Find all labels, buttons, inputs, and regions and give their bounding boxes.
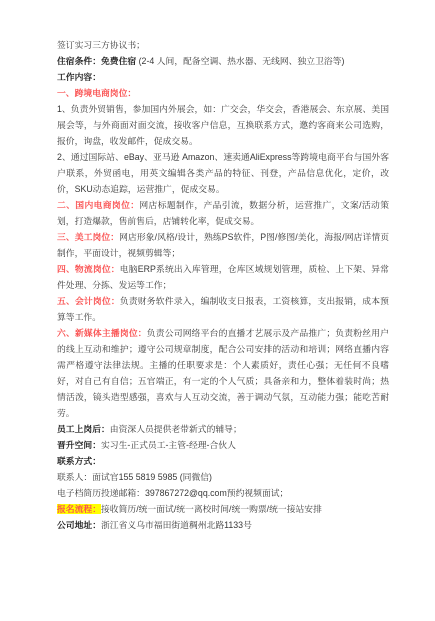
section-4-heading: 四、物流岗位： <box>57 264 120 274</box>
section-6-paragraph: 六、新媒体主播岗位：负责公司网络平台的直播才艺展示及产品推广；负责粉丝用户的线上… <box>57 325 389 421</box>
promotion-label: 晋升空间： <box>57 440 101 450</box>
signup-line: 报名流程：接收简历/统一面试/统一离校时间/统一购票/统一接站安排 <box>57 501 389 517</box>
onboarding-line: 员工上岗后：由资深人员提供老带新式的辅导； <box>57 421 389 437</box>
document-page: 签订实习三方协议书； 住宿条件：免费住宿 (2-4 人间，配备空调、热水器、无线… <box>0 0 435 621</box>
signup-label: 报名流程： <box>57 504 101 514</box>
contact-person-line: 联系人：面试官155 5819 5985 (同微信) <box>57 469 389 485</box>
address-body: 浙江省义乌市福田街道稠州北路1133号 <box>101 520 252 530</box>
housing-line: 住宿条件：免费住宿 (2-4 人间，配备空调、热水器、无线网、独立卫浴等) <box>57 53 389 69</box>
section-1-heading: 一、跨境电商岗位： <box>57 85 389 101</box>
section-3-paragraph: 三、美工岗位：网店形象/风格/设计，熟练PS软件，P图/修图/美化，海报/网店详… <box>57 229 389 261</box>
onboarding-label: 员工上岗后： <box>57 424 110 434</box>
promotion-body: 实习生-正式员工-主管-经理-合伙人 <box>101 440 236 450</box>
contact-header: 联系方式： <box>57 453 389 469</box>
section-5-paragraph: 五、会计岗位：负责财务软件录入，编制收支日报表，工资核算，支出报销，成本预算等工… <box>57 293 389 325</box>
work-content-header: 工作内容： <box>57 69 389 85</box>
email-line: 电子档简历投递邮箱：397867272@qq.com预约视频面试； <box>57 485 389 501</box>
address-line: 公司地址：浙江省义乌市福田街道稠州北路1133号 <box>57 517 389 533</box>
housing-detail: (2-4 人间，配备空调、热水器、无线网、独立卫浴等) <box>136 56 344 66</box>
section-1-item-2: 2、通过国际站、eBay、亚马逊 Amazon、速卖通AliExpress等跨境… <box>57 149 389 197</box>
section-2-heading: 二、国内电商岗位： <box>57 200 139 210</box>
section-3-heading: 三、美工岗位： <box>57 232 119 242</box>
address-label: 公司地址： <box>57 520 101 530</box>
promotion-line: 晋升空间：实习生-正式员工-主管-经理-合伙人 <box>57 437 389 453</box>
section-1-item-1: 1、负责外贸销售，参加国内外展会，如：广交会，华交会，香港展会、东京展、美国展会… <box>57 101 389 149</box>
signup-body: 接收简历/统一面试/统一离校时间/统一购票/统一接站安排 <box>101 504 322 514</box>
housing-label: 住宿条件：免费住宿 <box>57 56 136 66</box>
section-5-heading: 五、会计岗位： <box>57 296 120 306</box>
section-6-body: 负责公司网络平台的直播才艺展示及产品推广；负责粉丝用户的线上互动和维护；遵守公司… <box>57 328 389 418</box>
section-2-paragraph: 二、国内电商岗位：网店标题制作，产品引流，数据分析，运营推广，文案/活动策划，打… <box>57 197 389 229</box>
section-6-heading: 六、新媒体主播岗位： <box>57 328 147 338</box>
section-4-paragraph: 四、物流岗位：电脑ERP系统出入库管理，仓库区域规划管理，质检、上下架、异常件处… <box>57 261 389 293</box>
onboarding-body: 由资深人员提供老带新式的辅导； <box>110 424 242 434</box>
intro-line: 签订实习三方协议书； <box>57 37 389 53</box>
